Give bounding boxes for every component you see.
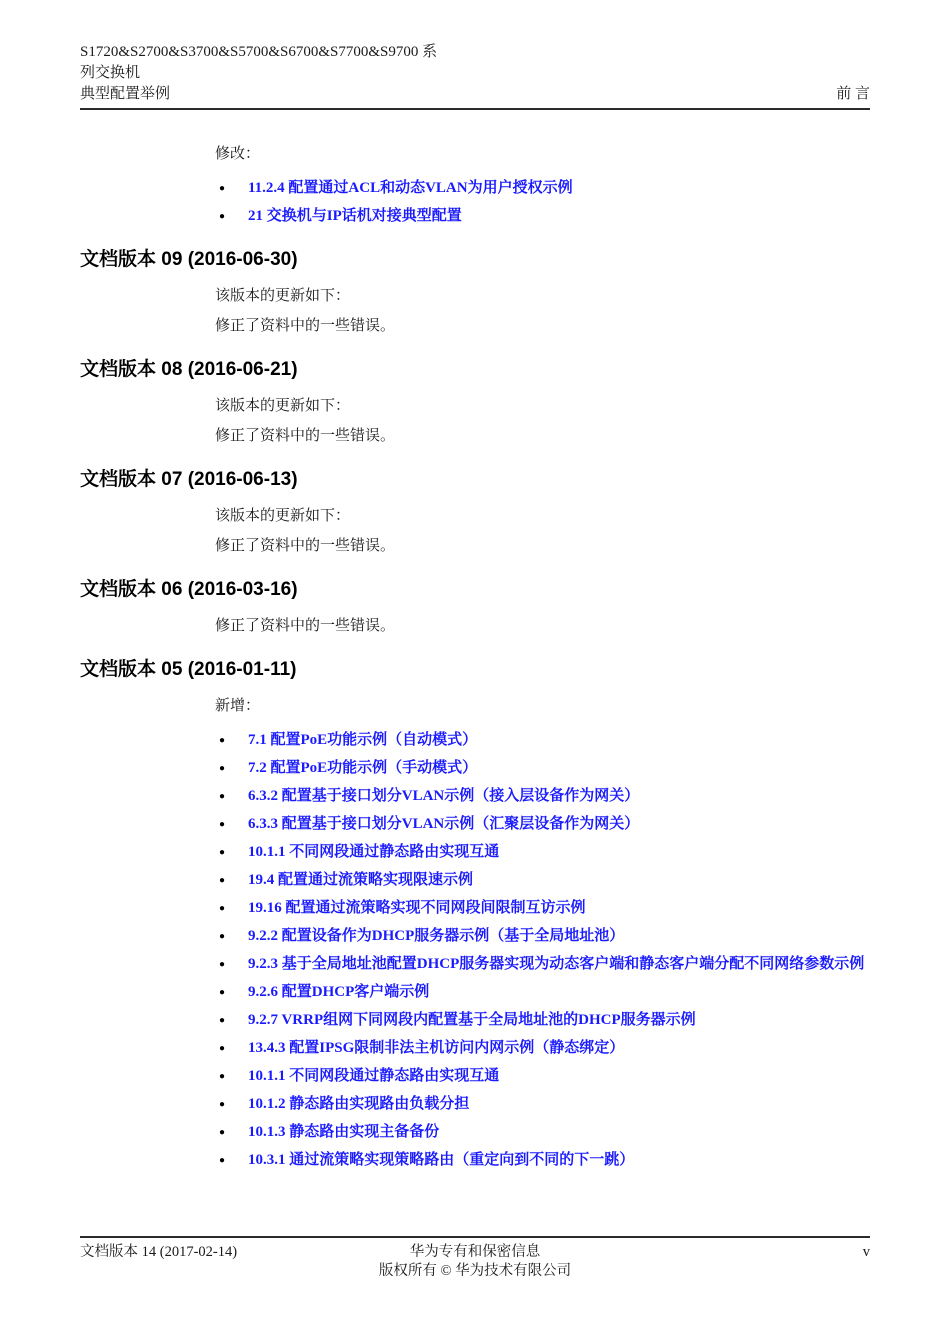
footer-page-number: v bbox=[610, 1243, 870, 1262]
bullet-icon bbox=[219, 1067, 225, 1087]
toc-link[interactable]: 9.2.3 基于全局地址池配置DHCP服务器实现为动态客户端和静态客户端分配不同… bbox=[248, 956, 864, 972]
section-intro-label: 新增： bbox=[215, 696, 870, 716]
bullet-icon bbox=[219, 1095, 225, 1115]
paragraph: 修正了资料中的一些错误。 bbox=[215, 616, 870, 636]
toc-link[interactable]: 6.3.3 配置基于接口划分VLAN示例（汇聚层设备作为网关） bbox=[248, 816, 639, 832]
paragraph: 修正了资料中的一些错误。 bbox=[215, 426, 870, 446]
bullet-icon bbox=[219, 815, 225, 835]
intro-label: 修改： bbox=[215, 144, 870, 164]
section-heading-v05: 文档版本 05 (2016-01-11) bbox=[80, 658, 870, 682]
bullet-icon bbox=[219, 731, 225, 751]
toc-link[interactable]: 11.2.4 配置通过ACL和动态VLAN为用户授权示例 bbox=[248, 180, 573, 196]
footer-confidential-line: 华为专有和保密信息 bbox=[340, 1243, 610, 1262]
section-heading-v08: 文档版本 08 (2016-06-21) bbox=[80, 358, 870, 382]
bullet-icon bbox=[219, 1123, 225, 1143]
paragraph: 该版本的更新如下： bbox=[215, 506, 870, 526]
bullet-icon bbox=[219, 179, 225, 199]
toc-link[interactable]: 9.2.6 配置DHCP客户端示例 bbox=[248, 984, 429, 1000]
list-item: 10.1.3 静态路由实现主备备份 bbox=[215, 1122, 870, 1142]
toc-link[interactable]: 19.16 配置通过流策略实现不同网段间限制互访示例 bbox=[248, 900, 586, 916]
page-content: 修改： 11.2.4 配置通过ACL和动态VLAN为用户授权示例 21 交换机与… bbox=[80, 144, 870, 1170]
list-item: 6.3.3 配置基于接口划分VLAN示例（汇聚层设备作为网关） bbox=[215, 814, 870, 834]
bullet-icon bbox=[219, 843, 225, 863]
paragraph: 修正了资料中的一些错误。 bbox=[215, 316, 870, 336]
list-item: 10.1.1 不同网段通过静态路由实现互通 bbox=[215, 1066, 870, 1086]
toc-link[interactable]: 19.4 配置通过流策略实现限速示例 bbox=[248, 872, 473, 888]
toc-link[interactable]: 21 交换机与IP话机对接典型配置 bbox=[248, 208, 462, 224]
toc-link[interactable]: 10.1.2 静态路由实现路由负载分担 bbox=[248, 1096, 469, 1112]
paragraph: 该版本的更新如下： bbox=[215, 286, 870, 306]
bullet-icon bbox=[219, 1011, 225, 1031]
toc-link[interactable]: 7.1 配置PoE功能示例（自动模式） bbox=[248, 732, 477, 748]
toc-link[interactable]: 7.2 配置PoE功能示例（手动模式） bbox=[248, 760, 477, 776]
list-item: 9.2.7 VRRP组网下同网段内配置基于全局地址池的DHCP服务器示例 bbox=[215, 1010, 870, 1030]
bullet-icon bbox=[219, 871, 225, 891]
list-item: 7.1 配置PoE功能示例（自动模式） bbox=[215, 730, 870, 750]
list-item: 13.4.3 配置IPSG限制非法主机访问内网示例（静态绑定） bbox=[215, 1038, 870, 1058]
page-header: S1720&S2700&S3700&S5700&S6700&S7700&S970… bbox=[80, 42, 870, 110]
section-heading-v09: 文档版本 09 (2016-06-30) bbox=[80, 248, 870, 272]
bullet-icon bbox=[219, 955, 225, 975]
list-item: 9.2.6 配置DHCP客户端示例 bbox=[215, 982, 870, 1002]
bullet-icon bbox=[219, 899, 225, 919]
bullet-icon bbox=[219, 983, 225, 1003]
toc-link[interactable]: 10.3.1 通过流策略实现策略路由（重定向到不同的下一跳） bbox=[248, 1152, 634, 1168]
product-title-line2: 列交换机 bbox=[80, 63, 870, 84]
paragraph: 该版本的更新如下： bbox=[215, 396, 870, 416]
section-heading-v07: 文档版本 07 (2016-06-13) bbox=[80, 468, 870, 492]
list-item: 7.2 配置PoE功能示例（手动模式） bbox=[215, 758, 870, 778]
new-feature-link-list: 7.1 配置PoE功能示例（自动模式） 7.2 配置PoE功能示例（手动模式） … bbox=[215, 730, 870, 1170]
list-item: 19.16 配置通过流策略实现不同网段间限制互访示例 bbox=[215, 898, 870, 918]
list-item: 19.4 配置通过流策略实现限速示例 bbox=[215, 870, 870, 890]
intro-link-list: 11.2.4 配置通过ACL和动态VLAN为用户授权示例 21 交换机与IP话机… bbox=[215, 178, 870, 226]
bullet-icon bbox=[219, 207, 225, 227]
list-item: 10.1.2 静态路由实现路由负载分担 bbox=[215, 1094, 870, 1114]
list-item: 6.3.2 配置基于接口划分VLAN示例（接入层设备作为网关） bbox=[215, 786, 870, 806]
product-title-line1: S1720&S2700&S3700&S5700&S6700&S7700&S970… bbox=[80, 42, 870, 63]
toc-link[interactable]: 9.2.7 VRRP组网下同网段内配置基于全局地址池的DHCP服务器示例 bbox=[248, 1012, 696, 1028]
list-item: 11.2.4 配置通过ACL和动态VLAN为用户授权示例 bbox=[215, 178, 870, 198]
paragraph: 修正了资料中的一些错误。 bbox=[215, 536, 870, 556]
list-item: 9.2.3 基于全局地址池配置DHCP服务器实现为动态客户端和静态客户端分配不同… bbox=[215, 954, 870, 974]
document-page: S1720&S2700&S3700&S5700&S6700&S7700&S970… bbox=[0, 0, 950, 1344]
bullet-icon bbox=[219, 787, 225, 807]
toc-link[interactable]: 10.1.1 不同网段通过静态路由实现互通 bbox=[248, 1068, 499, 1084]
bullet-icon bbox=[219, 1151, 225, 1171]
bullet-icon bbox=[219, 759, 225, 779]
toc-link[interactable]: 6.3.2 配置基于接口划分VLAN示例（接入层设备作为网关） bbox=[248, 788, 639, 804]
footer-copyright: 华为专有和保密信息 版权所有 © 华为技术有限公司 bbox=[340, 1243, 610, 1281]
doc-type-label: 典型配置举例 bbox=[80, 84, 170, 105]
section-heading-v06: 文档版本 06 (2016-03-16) bbox=[80, 578, 870, 602]
bullet-icon bbox=[219, 927, 225, 947]
toc-link[interactable]: 13.4.3 配置IPSG限制非法主机访问内网示例（静态绑定） bbox=[248, 1040, 624, 1056]
page-footer: 文档版本 14 (2017-02-14) 华为专有和保密信息 版权所有 © 华为… bbox=[80, 1236, 870, 1281]
toc-link[interactable]: 10.1.1 不同网段通过静态路由实现互通 bbox=[248, 844, 499, 860]
toc-link[interactable]: 9.2.2 配置设备作为DHCP服务器示例（基于全局地址池） bbox=[248, 928, 624, 944]
footer-copyright-line: 版权所有 © 华为技术有限公司 bbox=[340, 1262, 610, 1281]
list-item: 21 交换机与IP话机对接典型配置 bbox=[215, 206, 870, 226]
header-section-label: 前 言 bbox=[836, 84, 870, 105]
list-item: 10.1.1 不同网段通过静态路由实现互通 bbox=[215, 842, 870, 862]
footer-doc-version: 文档版本 14 (2017-02-14) bbox=[80, 1243, 340, 1262]
bullet-icon bbox=[219, 1039, 225, 1059]
list-item: 10.3.1 通过流策略实现策略路由（重定向到不同的下一跳） bbox=[215, 1150, 870, 1170]
list-item: 9.2.2 配置设备作为DHCP服务器示例（基于全局地址池） bbox=[215, 926, 870, 946]
toc-link[interactable]: 10.1.3 静态路由实现主备备份 bbox=[248, 1124, 439, 1140]
